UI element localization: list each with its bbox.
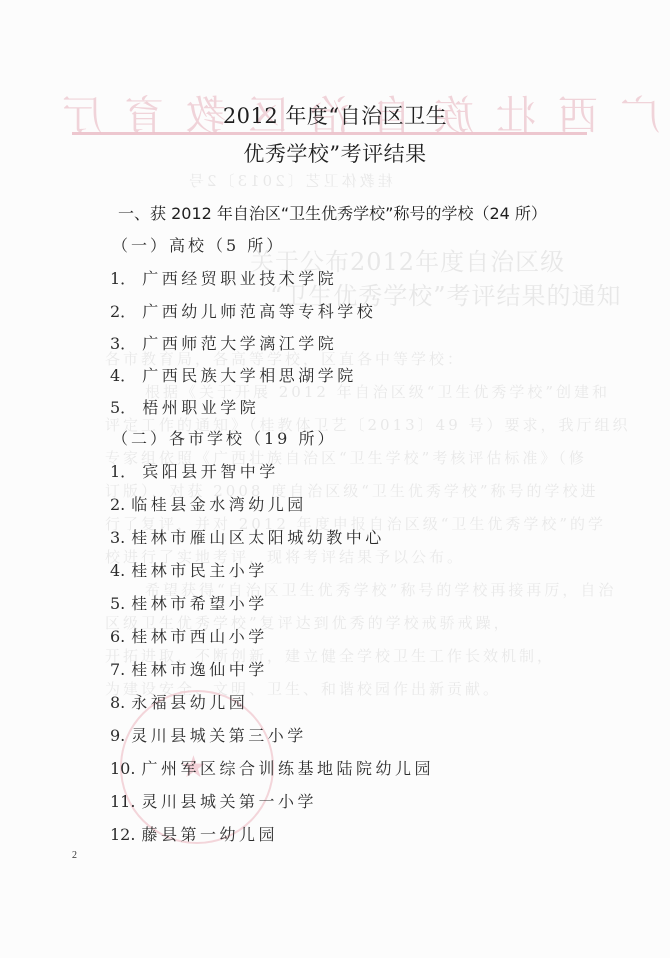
list-item: 2.临桂县金水湾幼儿园 [110,492,307,515]
letterhead-red-rule [72,132,587,135]
subsection-heading-universities: （一）高校（5 所） [112,233,285,256]
section-heading: 一、获 2012 年自治区“卫生优秀学校”称号的学校（24 所） [118,201,547,224]
list-item: 10.广州军区综合训练基地陆院幼儿园 [110,756,434,779]
list-item: 1．广西经贸职业技术学院 [110,266,337,289]
list-item: 7.桂林市逸仙中学 [110,657,268,680]
list-item: 1．宾阳县开智中学 [110,459,279,482]
list-item: 3．广西师范大学漓江学院 [110,331,337,354]
list-item: 9.灵川县城关第三小学 [110,723,307,746]
list-item: 6.桂林市西山小学 [110,624,268,647]
document-page: 广西壮族自治区教育厅 桂教体卫艺〔2013〕2号 关于公布2012年度自治区级 … [0,0,670,958]
list-item: 12.藤县第一幼儿园 [110,822,278,845]
list-item: 5.桂林市希望小学 [110,591,268,614]
list-item: 4.桂林市民主小学 [110,558,268,581]
list-item: 11.灵川县城关第一小学 [110,789,317,812]
list-item: 4．广西民族大学相思湖学院 [110,363,357,386]
page-number: 2 [72,850,77,861]
ghost-doc-number: 桂教体卫艺〔2013〕2号 [186,170,393,191]
document-title-line1: 2012 年度“自治区卫生 [0,100,670,130]
list-item: 5．梧州职业学院 [110,395,259,418]
list-item: 2．广西幼儿师范高等专科学校 [110,299,376,322]
subsection-heading-city-schools: （二）各市学校（19 所） [112,426,336,449]
list-item: 8.永福县幼儿园 [110,690,248,713]
list-item: 3.桂林市雁山区太阳城幼教中心 [110,525,385,548]
document-title-line2: 优秀学校”考评结果 [0,138,670,168]
